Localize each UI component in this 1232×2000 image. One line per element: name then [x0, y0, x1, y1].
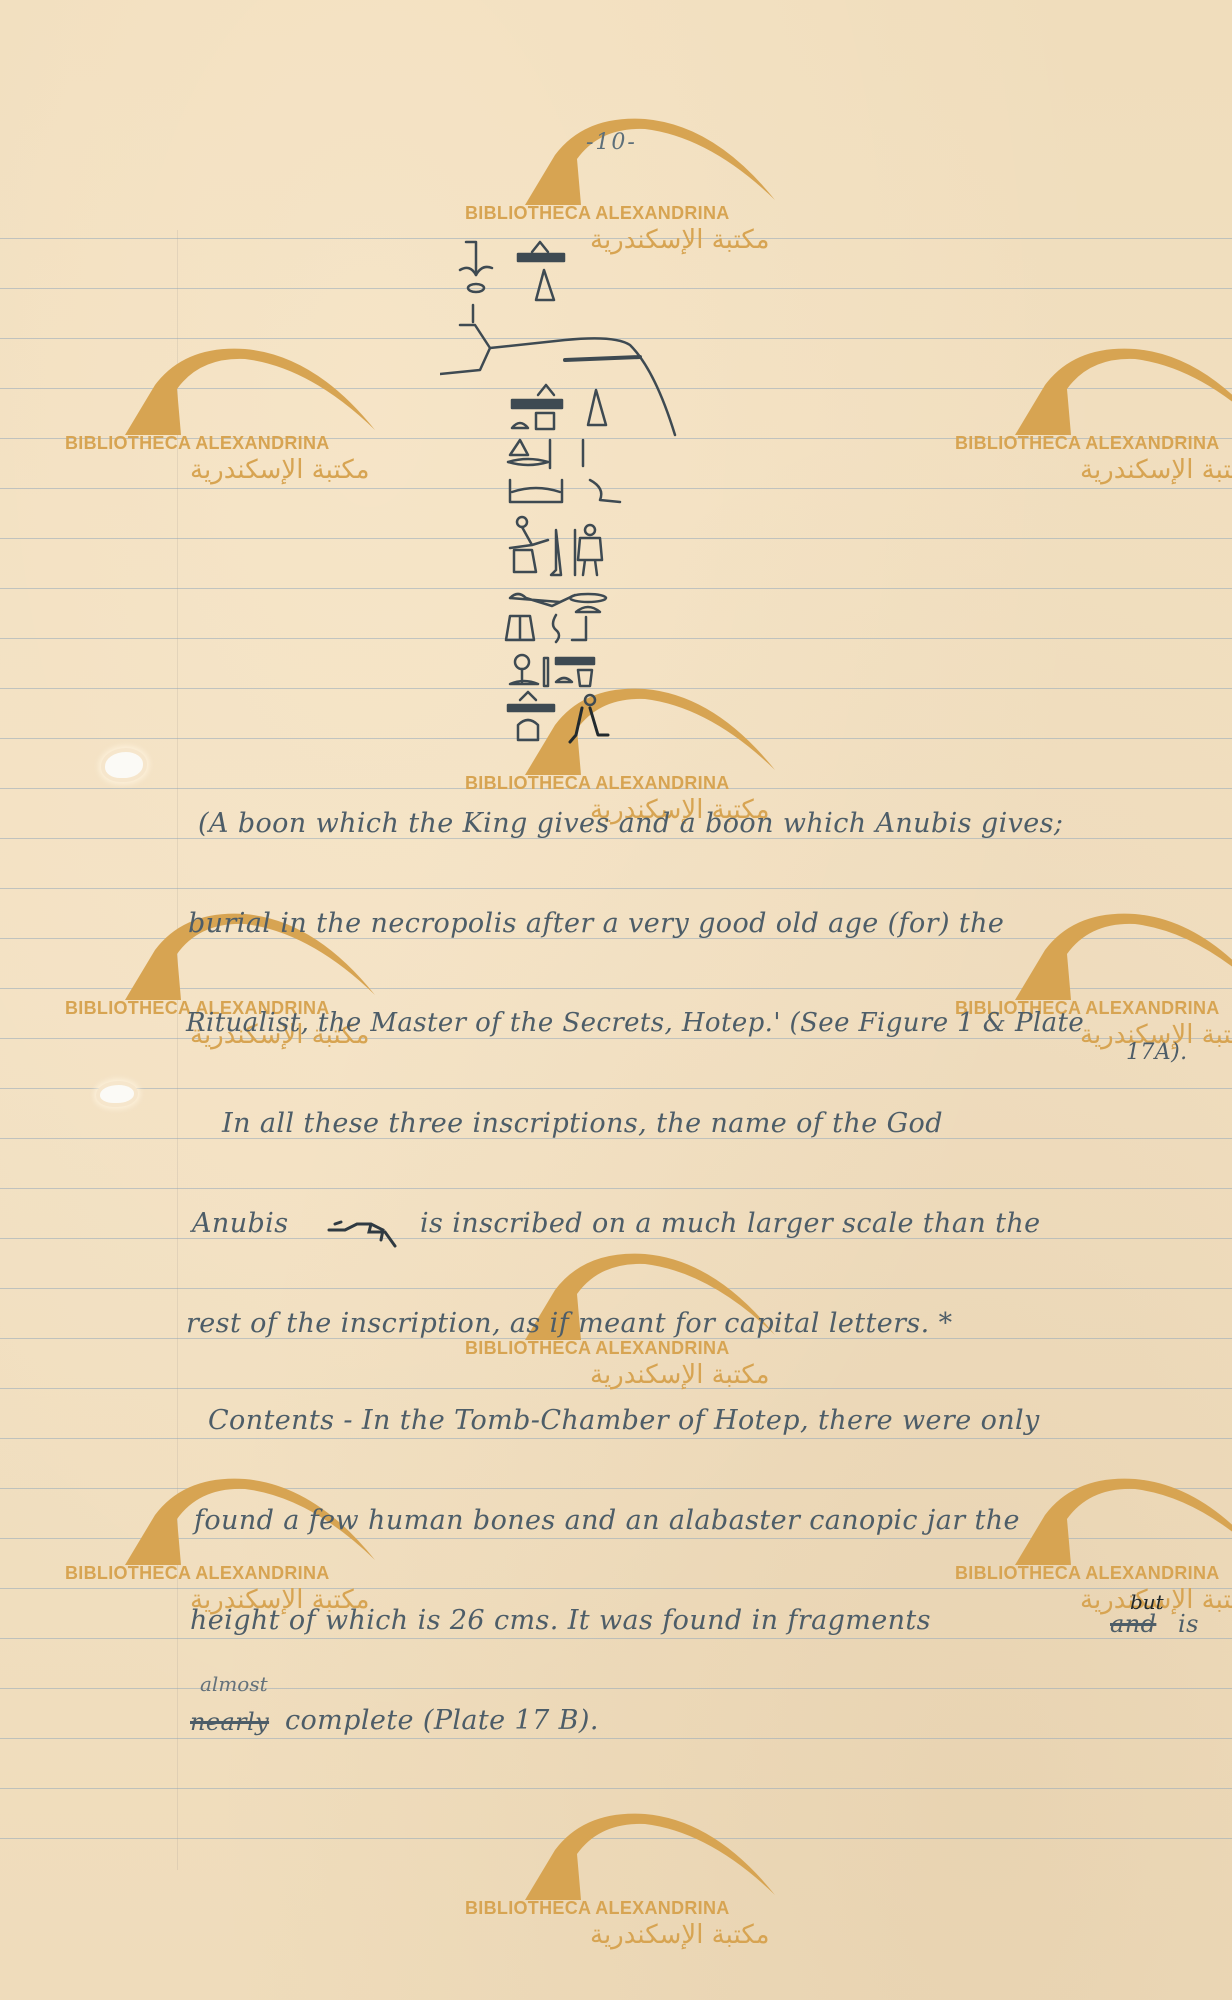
- watermark-arabic: مكتبة الإسكندرية: [1080, 455, 1232, 485]
- watermark-arc-icon: [1015, 345, 1232, 435]
- ruled-line: [0, 1188, 1232, 1189]
- ruled-line: [0, 1038, 1232, 1039]
- ruled-line: [0, 1088, 1232, 1089]
- watermark: BIBLIOTHECA ALEXANDRINA مكتبة الإسكندرية: [65, 345, 405, 505]
- ruled-line: [0, 1638, 1232, 1639]
- struck-word-and: and: [1110, 1610, 1156, 1638]
- ruled-line: [0, 888, 1232, 889]
- watermark-english: BIBLIOTHECA ALEXANDRINA: [465, 1338, 730, 1359]
- paper-damage-hole: [105, 752, 143, 778]
- ruled-line: [0, 1388, 1232, 1389]
- ruled-line: [0, 1488, 1232, 1489]
- hieroglyph-column-icon: [440, 230, 780, 750]
- ruled-line: [0, 1688, 1232, 1689]
- watermark-english: BIBLIOTHECA ALEXANDRINA: [465, 773, 730, 794]
- text-line-4: In all these three inscriptions, the nam…: [222, 1108, 943, 1139]
- watermark-english: BIBLIOTHECA ALEXANDRINA: [955, 433, 1220, 454]
- struck-word-nearly: nearly: [190, 1708, 269, 1736]
- watermark-english: BIBLIOTHECA ALEXANDRINA: [65, 433, 330, 454]
- ruled-line: [0, 988, 1232, 989]
- watermark-english: BIBLIOTHECA ALEXANDRINA: [955, 1563, 1220, 1584]
- ruled-line: [0, 1838, 1232, 1839]
- text-line-3: Ritualist, the Master of the Secrets, Ho…: [186, 1008, 1084, 1038]
- plate-ref-continuation: 17A).: [1126, 1040, 1187, 1065]
- text-line-1: (A boon which the King gives and a boon …: [198, 808, 1063, 839]
- text-line-5-start: Anubis: [192, 1208, 288, 1239]
- ruled-line: [0, 1538, 1232, 1539]
- text-line-7: Contents - In the Tomb-Chamber of Hotep,…: [208, 1405, 1040, 1436]
- ruled-line: [0, 1788, 1232, 1789]
- watermark: BIBLIOTHECA ALEXANDRINA مكتبة الإسكندرية: [955, 345, 1232, 505]
- margin-line: [177, 230, 178, 1870]
- text-line-10: complete (Plate 17 B).: [285, 1705, 599, 1736]
- ruled-line: [0, 1288, 1232, 1289]
- anubis-jackal-icon: [325, 1210, 405, 1250]
- ruled-line: [0, 1438, 1232, 1439]
- watermark-english: BIBLIOTHECA ALEXANDRINA: [465, 1898, 730, 1919]
- watermark-arabic: مكتبة الإسكندرية: [590, 1920, 770, 1950]
- ruled-line: [0, 1738, 1232, 1739]
- ruled-line: [0, 1588, 1232, 1589]
- watermark-arc-icon: [525, 115, 785, 205]
- watermark-arabic: مكتبة الإسكندرية: [590, 1360, 770, 1390]
- watermark: BIBLIOTHECA ALEXANDRINA مكتبة الإسكندرية: [465, 1810, 805, 1970]
- text-line-2: burial in the necropolis after a very go…: [188, 908, 1004, 939]
- text-line-9-end: is: [1178, 1610, 1199, 1638]
- inserted-word-almost: almost: [200, 1672, 268, 1696]
- text-line-8: found a few human bones and an alabaster…: [194, 1505, 1020, 1536]
- watermark-arc-icon: [1015, 910, 1232, 1000]
- hieroglyph-figure: [440, 230, 780, 750]
- ruled-line: [0, 788, 1232, 789]
- watermark-arc-icon: [125, 345, 385, 435]
- manuscript-page: BIBLIOTHECA ALEXANDRINA مكتبة الإسكندرية…: [0, 0, 1232, 2000]
- watermark-arabic: مكتبة الإسكندرية: [190, 455, 370, 485]
- paper-damage-hole: [100, 1085, 134, 1103]
- text-line-9: height of which is 26 cms. It was found …: [190, 1605, 931, 1636]
- text-line-6: rest of the inscription, as if meant for…: [186, 1308, 953, 1339]
- watermark-english: BIBLIOTHECA ALEXANDRINA: [65, 1563, 330, 1584]
- text-line-5-end: is inscribed on a much larger scale than…: [420, 1208, 1041, 1239]
- page-number: -10-: [586, 130, 637, 155]
- watermark-arc-icon: [525, 1810, 785, 1900]
- watermark-english: BIBLIOTHECA ALEXANDRINA: [465, 203, 730, 224]
